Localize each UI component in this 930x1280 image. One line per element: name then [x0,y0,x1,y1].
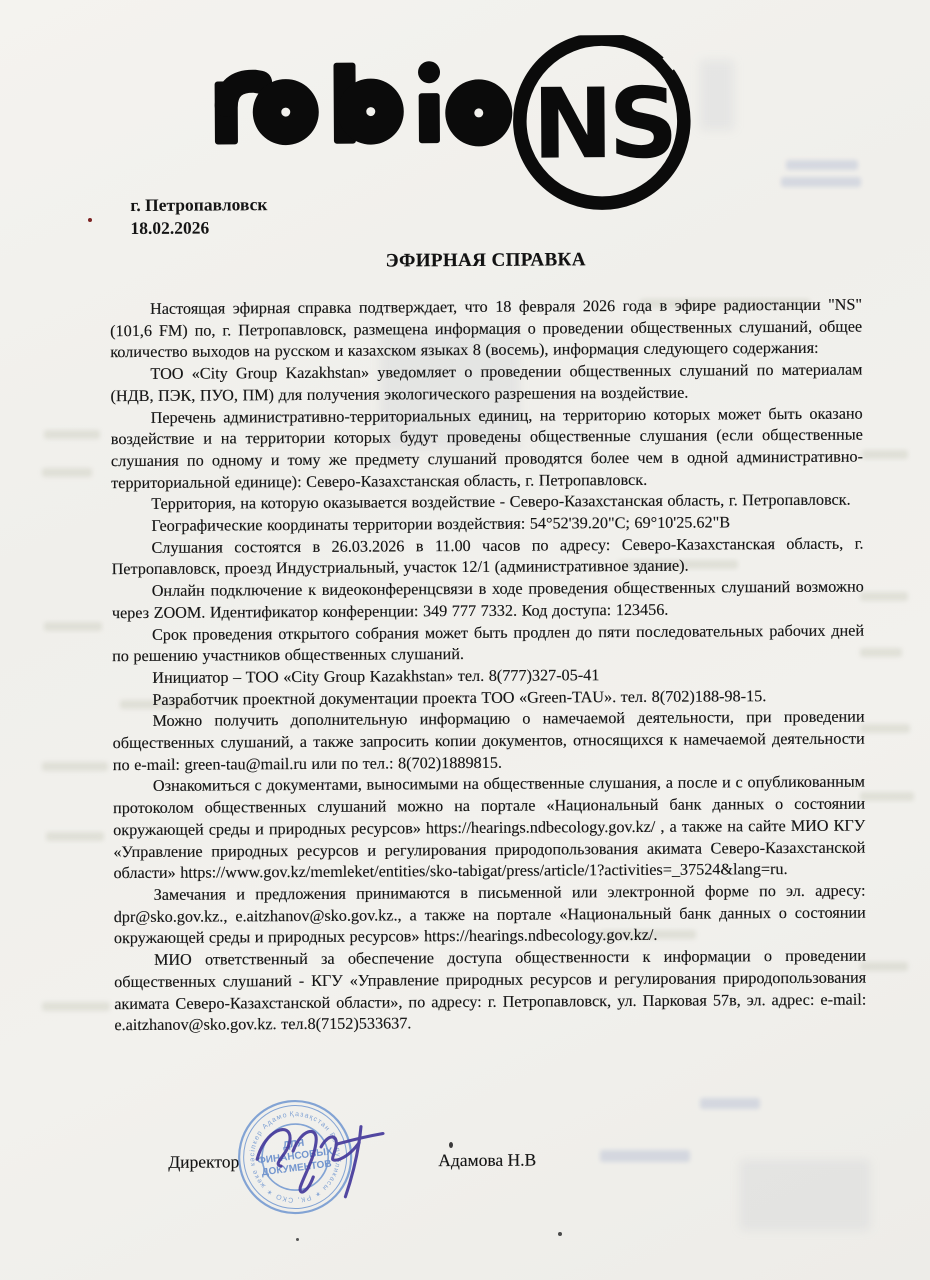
ns-text: NS [532,67,674,181]
signer-name: Адамова Н.В [438,1150,536,1172]
city-line: г. Петропавловск [130,193,267,217]
document-title: ЭФИРНАЯ СПРАВКА [110,248,862,275]
radio-wordmark [214,61,512,148]
radio-ns-logo-svg: NS [186,34,727,217]
paragraph: Настоящая эфирная справка подтверждает, … [110,295,862,365]
paragraph: Слушания состоятся в 26.03.2026 в 11.00 … [111,533,863,581]
paragraph: Ознакомиться с документами, выносимыми н… [113,772,866,885]
paragraph: Территория, на которую оказывается возде… [111,490,863,516]
paragraph: Онлайн подключение к видеоконференцсвязи… [112,577,864,625]
document-body: ЭФИРНАЯ СПРАВКА Настоящая эфирная справк… [110,248,867,1037]
paragraph: Можно получить дополнительную информацию… [112,707,864,777]
document-sheet: NS г. Петропавловск 18.02.2026 ЭФИРНАЯ С… [0,0,930,1280]
header-city-date: г. Петропавловск 18.02.2026 [130,193,267,240]
radio-ns-logo: NS [186,34,727,217]
paragraph: Срок проведения открытого собрания может… [112,620,864,668]
director-signature [241,1108,422,1204]
paragraph: Замечания и предложения принимаются в пи… [113,881,865,951]
paragraph: ТОО «City Group Kazakhstan» уведомляет о… [110,360,862,408]
paragraph: Перечень административно-территориальных… [111,403,864,494]
signature-svg [241,1108,422,1204]
date-line: 18.02.2026 [130,216,267,240]
paragraph: МИО ответственный за обеспечение доступа… [114,946,867,1037]
